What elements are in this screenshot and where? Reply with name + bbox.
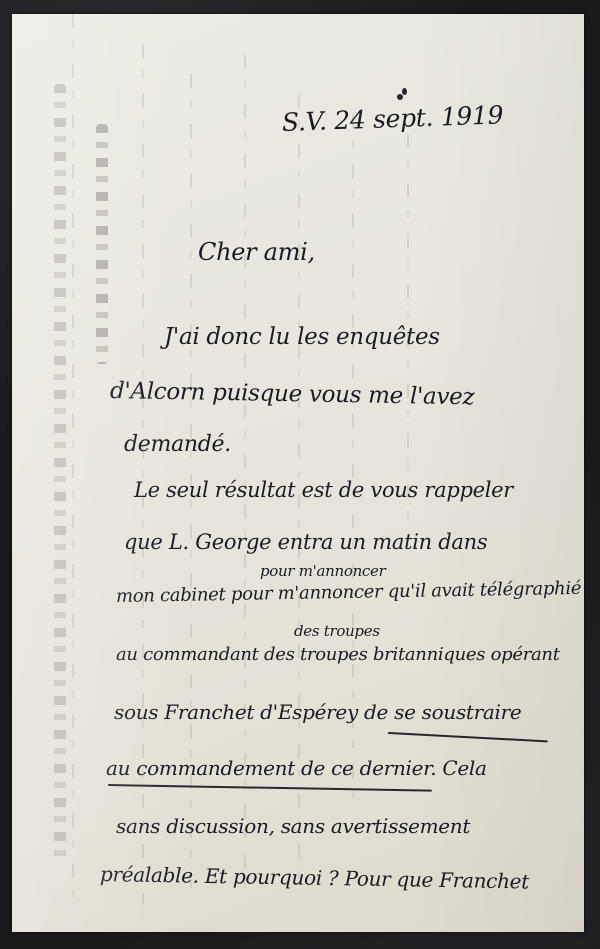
underline-stroke bbox=[388, 732, 548, 742]
margin-script-dark bbox=[96, 124, 108, 364]
letter-line-4: Le seul résultat est de vous rappeler bbox=[134, 478, 513, 502]
interlinear-insertion: des troupes bbox=[294, 622, 380, 640]
ink-blot bbox=[402, 88, 407, 95]
letter-line-8: sous Franchet d'Espérey de se soustraire bbox=[114, 700, 521, 724]
salutation: Cher ami, bbox=[198, 238, 315, 266]
underline-stroke bbox=[108, 784, 432, 792]
letter-line-10: sans discussion, sans avertissement bbox=[116, 814, 470, 838]
letter-sheet: S.V. 24 sept. 1919 Cher ami, J'ai donc l… bbox=[12, 14, 584, 932]
letter-line-9: au commandement de ce dernier. Cela bbox=[106, 756, 487, 780]
letter-line-11: préalable. Et pourquoi ? Pour que Franch… bbox=[100, 862, 529, 893]
bleed-through-stroke bbox=[72, 14, 74, 914]
letter-line-2: d'Alcorn puisque vous me l'avez bbox=[110, 378, 475, 410]
letter-line-3: demandé. bbox=[124, 432, 231, 457]
interlinear-insertion: pour m'annoncer bbox=[260, 562, 385, 580]
ink-blot bbox=[397, 94, 403, 100]
dateline: S.V. 24 sept. 1919 bbox=[281, 100, 503, 137]
letter-line-1: J'ai donc lu les enquêtes bbox=[164, 324, 440, 350]
letter-line-7: au commandant des troupes britanniques o… bbox=[116, 644, 560, 665]
margin-script-faint bbox=[54, 84, 66, 864]
letter-line-6: mon cabinet pour m'annoncer qu'il avait … bbox=[116, 578, 582, 607]
letter-line-5: que L. George entra un matin dans bbox=[124, 530, 487, 554]
